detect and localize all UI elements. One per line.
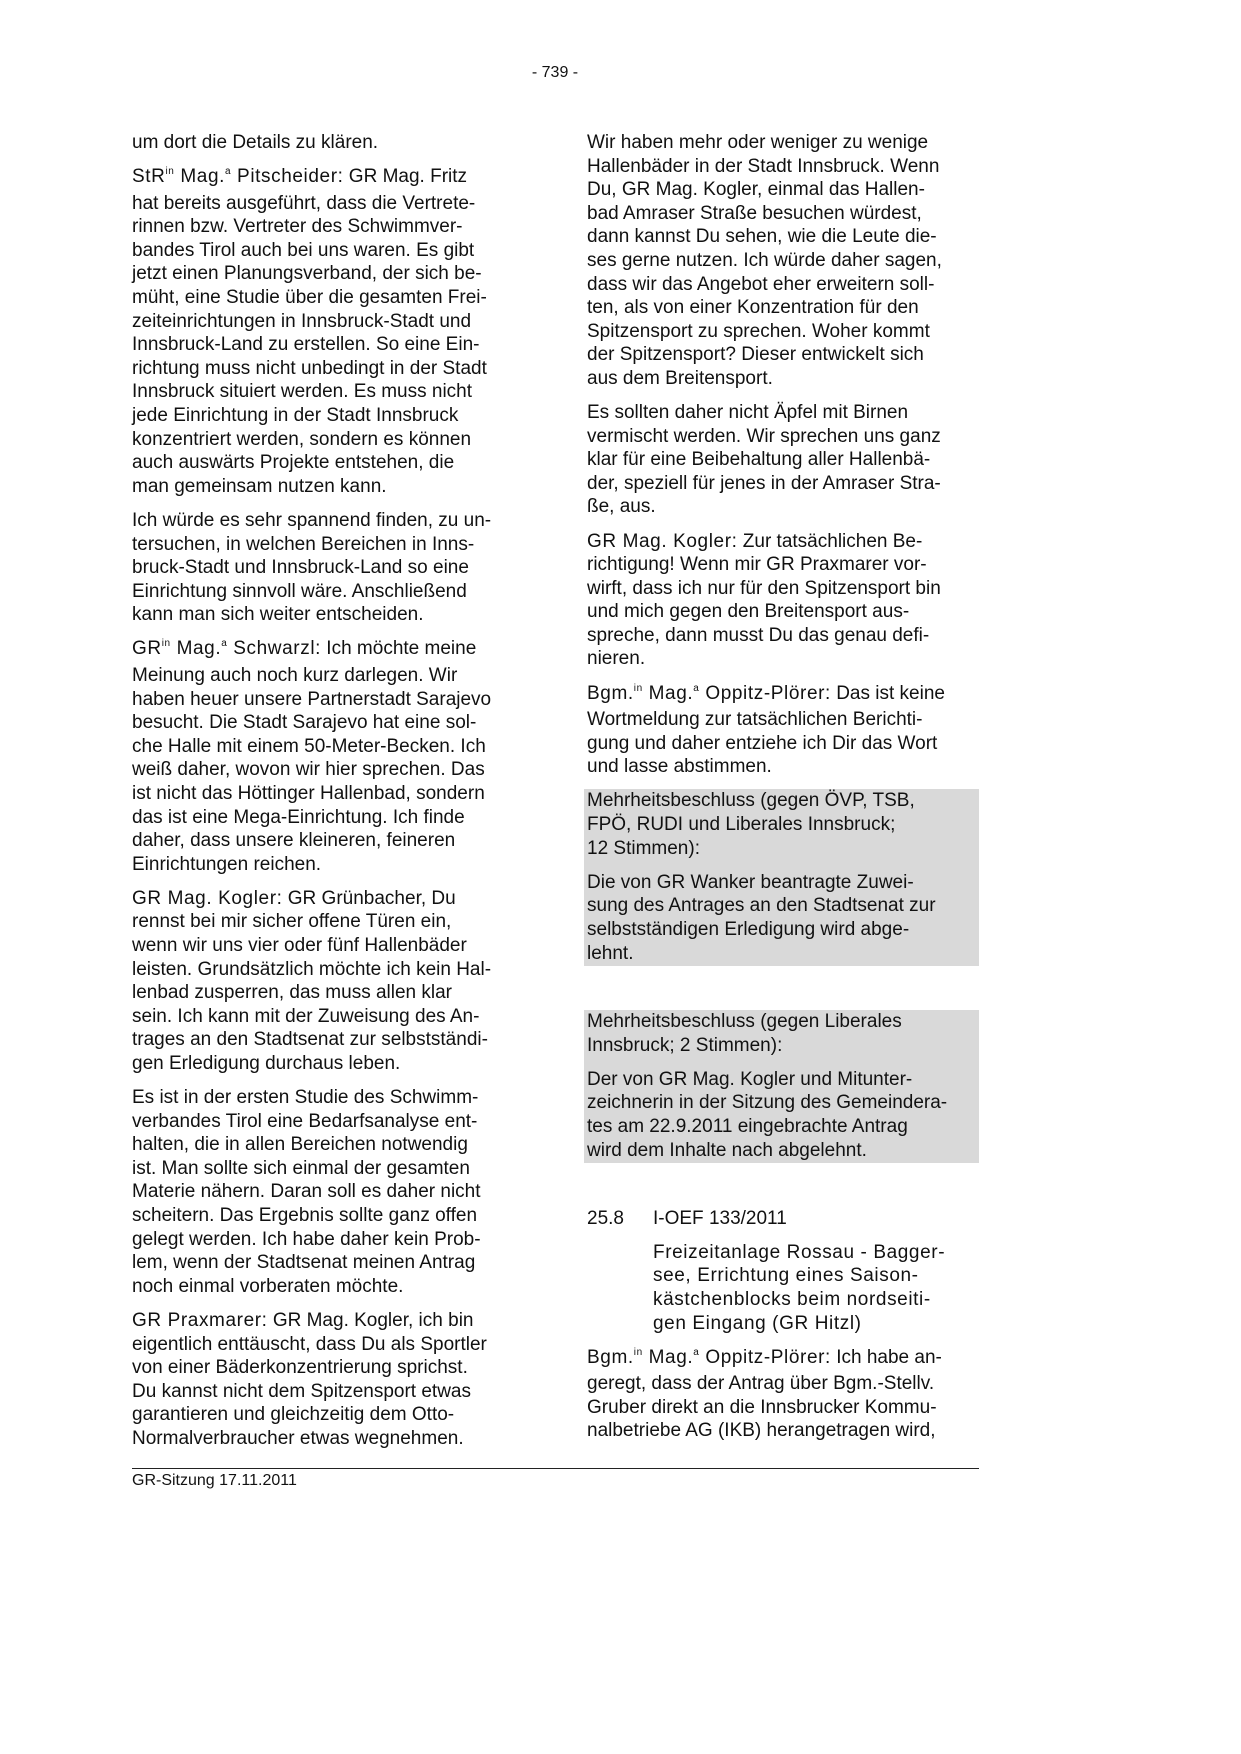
paragraph: Es sollten daher nicht Äpfel mit Birnen … xyxy=(587,401,979,519)
resolution-box: Mehrheitsbeschluss (gegen Liberales Inns… xyxy=(584,1010,979,1163)
speaker-name: GR Mag. Kogler: xyxy=(132,888,283,909)
resolution-body: Die von GR Wanker beantragte Zuwei- sung… xyxy=(587,871,976,965)
speech-pitscheider: StRin Mag.a Pitscheider: GR Mag. Fritz h… xyxy=(132,165,527,498)
speech-kogler-correction: GR Mag. Kogler: Zur tatsächlichen Be- ri… xyxy=(587,530,979,672)
speech-text: GR Mag. Fritz hat bereits ausgeführt, da… xyxy=(132,166,487,497)
footer-session-date: GR-Sitzung 17.11.2011 xyxy=(132,1472,297,1490)
agenda-item-number: 25.8 xyxy=(587,1207,653,1231)
speech-kogler: GR Mag. Kogler: GR Grünbacher, Du rennst… xyxy=(132,887,527,1076)
speech-praxmarer: GR Praxmarer: GR Mag. Kogler, ich bin ei… xyxy=(132,1309,527,1451)
speech-text: Ich möchte meine Meinung auch noch kurz … xyxy=(132,638,491,874)
speech-text: GR Grünbacher, Du rennst bei mir sicher … xyxy=(132,888,491,1074)
resolution-heading: Mehrheitsbeschluss (gegen ÖVP, TSB, FPÖ,… xyxy=(587,789,976,860)
left-column: um dort die Details zu klären. StRin Mag… xyxy=(132,131,527,1461)
speaker-name: Bgm.in Mag.a Oppitz-Plörer: xyxy=(587,1347,831,1368)
speaker-name: GR Praxmarer: xyxy=(132,1310,268,1331)
speech-oppitz-ploerer: Bgm.in Mag.a Oppitz-Plörer: Das ist kein… xyxy=(587,682,979,779)
footer-divider xyxy=(132,1468,979,1469)
resolution-body: Der von GR Mag. Kogler und Mitunter- zei… xyxy=(587,1068,976,1162)
speaker-name: StRin Mag.a Pitscheider: xyxy=(132,166,344,187)
paragraph: Ich würde es sehr spannend finden, zu un… xyxy=(132,509,527,627)
speaker-name: GR Mag. Kogler: xyxy=(587,531,738,552)
resolution-heading: Mehrheitsbeschluss (gegen Liberales Inns… xyxy=(587,1010,976,1057)
speech-oppitz-ploerer: Bgm.in Mag.a Oppitz-Plörer: Ich habe an-… xyxy=(587,1346,979,1443)
paragraph: um dort die Details zu klären. xyxy=(132,131,527,155)
agenda-item-heading: 25.8 I-OEF 133/2011 xyxy=(587,1207,979,1231)
agenda-item-title: Freizeitanlage Rossau - Bagger- see, Err… xyxy=(653,1241,979,1335)
paragraph: Es ist in der ersten Studie des Schwimm-… xyxy=(132,1086,527,1298)
page-number: - 739 - xyxy=(0,64,1110,82)
right-column: Wir haben mehr oder weniger zu wenige Ha… xyxy=(587,131,979,1454)
resolution-box: Mehrheitsbeschluss (gegen ÖVP, TSB, FPÖ,… xyxy=(584,789,979,966)
speech-schwarzl: GRin Mag.a Schwarzl: Ich möchte meine Me… xyxy=(132,637,527,876)
speaker-name: GRin Mag.a Schwarzl: xyxy=(132,638,321,659)
agenda-item-code: I-OEF 133/2011 xyxy=(653,1207,787,1231)
paragraph: Wir haben mehr oder weniger zu wenige Ha… xyxy=(587,131,979,391)
speaker-name: Bgm.in Mag.a Oppitz-Plörer: xyxy=(587,683,831,704)
